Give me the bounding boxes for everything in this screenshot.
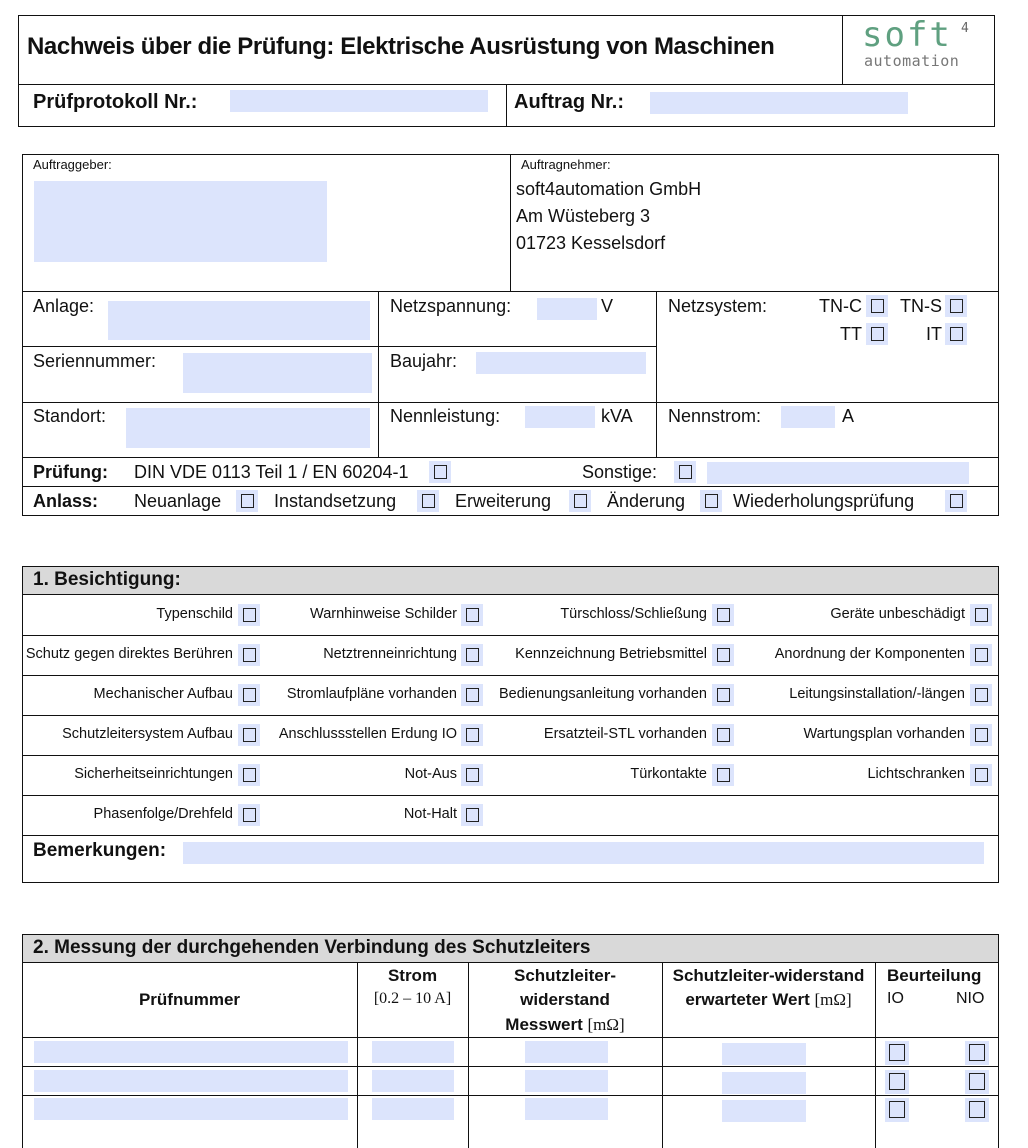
col-messwert-unit: [mΩ] (588, 1015, 625, 1034)
nio-checkbox[interactable] (965, 1041, 989, 1065)
auftrag-input[interactable] (650, 92, 908, 114)
besichtigung-item-label: Bedienungsanleitung vorhanden (499, 686, 707, 702)
nio-checkbox[interactable] (965, 1098, 989, 1122)
io-checkbox[interactable] (885, 1098, 909, 1122)
io-checkbox[interactable] (885, 1070, 909, 1094)
protokoll-label: Prüfprotokoll Nr.: (33, 91, 197, 114)
netzsystem-it-checkbox[interactable] (945, 323, 967, 345)
anlass-label: Anlass: (33, 491, 98, 512)
standort-label: Standort: (33, 406, 106, 427)
besichtigung-item-label: Mechanischer Aufbau (94, 686, 233, 702)
divider (22, 675, 999, 676)
divider (22, 1037, 999, 1038)
anlass-aenderung-checkbox[interactable] (700, 490, 722, 512)
netzsystem-it-label: IT (880, 324, 942, 345)
col-beurteilung: Beurteilung (887, 966, 981, 986)
col-erwartet-line2: erwarteter Wert [mΩ] (662, 990, 875, 1010)
nennleistung-input[interactable] (525, 406, 595, 428)
nennleistung-unit: kVA (601, 406, 633, 427)
col-messwert-line2: widerstand (468, 990, 662, 1010)
anlass-aenderung-label: Änderung (607, 491, 685, 512)
col-pruefnummer: Prüfnummer (22, 990, 357, 1010)
besichtigung-item-checkbox[interactable] (238, 604, 260, 626)
nennstrom-unit: A (842, 406, 854, 427)
divider (875, 962, 876, 1148)
auftrag-label: Auftrag Nr.: (514, 91, 624, 114)
netzsystem-tns-label: TN-S (880, 296, 942, 317)
col-strom-range: [0.2 – 10 A] (357, 990, 468, 1008)
besichtigung-item-label: Typenschild (156, 606, 233, 622)
anlass-instandsetzung-checkbox[interactable] (417, 490, 439, 512)
besichtigung-item-checkbox[interactable] (970, 724, 992, 746)
besichtigung-item-checkbox[interactable] (970, 644, 992, 666)
besichtigung-item-checkbox[interactable] (712, 684, 734, 706)
besichtigung-item-checkbox[interactable] (970, 684, 992, 706)
besichtigung-item-checkbox[interactable] (238, 684, 260, 706)
nennstrom-input[interactable] (781, 406, 835, 428)
divider (378, 291, 379, 458)
auftragnehmer-label: Auftragnehmer: (521, 157, 611, 172)
besichtigung-item-checkbox[interactable] (970, 764, 992, 786)
auftragnehmer-city: 01723 Kesselsdorf (516, 233, 665, 254)
netzsystem-tns-checkbox[interactable] (945, 295, 967, 317)
strom-input[interactable] (372, 1098, 454, 1120)
auftragnehmer-street: Am Wüsteberg 3 (516, 206, 650, 227)
col-messwert-line1: Schutzleiter- (468, 966, 662, 986)
divider (506, 84, 507, 127)
standort-input[interactable] (126, 408, 370, 448)
besichtigung-item-checkbox[interactable] (238, 804, 260, 826)
auftraggeber-label: Auftraggeber: (33, 157, 112, 172)
besichtigung-item-label: Türkontakte (630, 766, 707, 782)
besichtigung-item-checkbox[interactable] (712, 644, 734, 666)
besichtigung-item-label: Türschloss/Schließung (560, 606, 707, 622)
pruefung-norm-checkbox[interactable] (429, 461, 451, 483)
messwert-input[interactable] (525, 1070, 608, 1092)
anlage-input[interactable] (108, 301, 370, 340)
divider (22, 835, 999, 836)
divider (22, 755, 999, 756)
erwartet-input[interactable] (722, 1100, 806, 1122)
besichtigung-item-checkbox[interactable] (238, 724, 260, 746)
sonstige-label: Sonstige: (582, 462, 657, 483)
divider (22, 795, 999, 796)
besichtigung-item-checkbox[interactable] (461, 764, 483, 786)
besichtigung-item-checkbox[interactable] (461, 604, 483, 626)
divider (22, 486, 999, 487)
messwert-input[interactable] (525, 1041, 608, 1063)
strom-input[interactable] (372, 1070, 454, 1092)
besichtigung-item-checkbox[interactable] (238, 644, 260, 666)
page-title: Nachweis über die Prüfung: Elektrische A… (27, 33, 774, 61)
anlass-neuanlage-label: Neuanlage (134, 491, 221, 512)
anlass-wiederholung-label: Wiederholungsprüfung (733, 491, 914, 512)
besichtigung-item-checkbox[interactable] (970, 604, 992, 626)
divider (22, 291, 999, 292)
besichtigung-item-checkbox[interactable] (712, 724, 734, 746)
anlass-wiederholung-checkbox[interactable] (945, 490, 967, 512)
strom-input[interactable] (372, 1041, 454, 1063)
netzsystem-tnc-label: TN-C (800, 296, 862, 317)
besichtigung-item-label: Lichtschranken (867, 766, 965, 782)
besichtigung-item-checkbox[interactable] (461, 644, 483, 666)
col-erwartet-line1: Schutzleiter-widerstand (662, 966, 875, 986)
pruefnummer-input[interactable] (34, 1098, 348, 1120)
col-nio: NIO (956, 990, 984, 1008)
besichtigung-item-label: Anordnung der Komponenten (775, 646, 965, 662)
col-erwartet-unit: [mΩ] (814, 990, 851, 1009)
col-erwartet-label: erwarteter Wert (685, 990, 809, 1009)
netzspannung-unit: V (601, 296, 613, 317)
besichtigung-item-label: Sicherheitseinrichtungen (74, 766, 233, 782)
divider (22, 346, 657, 347)
nennleistung-label: Nennleistung: (390, 406, 500, 427)
besichtigung-item-label: Netztrenneinrichtung (323, 646, 457, 662)
bemerkungen-input[interactable] (183, 842, 984, 864)
pruefung-norm: DIN VDE 0113 Teil 1 / EN 60204-1 (134, 462, 408, 483)
divider (22, 715, 999, 716)
besichtigung-item-label: Anschlussstellen Erdung IO (279, 726, 457, 742)
besichtigung-item-label: Not-Aus (405, 766, 457, 782)
io-checkbox[interactable] (885, 1041, 909, 1065)
logo-superscript: 4 (961, 21, 969, 36)
besichtigung-item-checkbox[interactable] (461, 724, 483, 746)
besichtigung-item-label: Geräte unbeschädigt (830, 606, 965, 622)
besichtigung-item-checkbox[interactable] (238, 764, 260, 786)
netzsystem-label: Netzsystem: (668, 296, 767, 317)
pruefnummer-input[interactable] (34, 1070, 348, 1092)
besichtigung-item-checkbox[interactable] (461, 684, 483, 706)
divider (22, 1095, 999, 1096)
logo-automation-text: automation (864, 52, 959, 70)
divider (22, 457, 999, 458)
divider (22, 402, 999, 403)
erwartet-input[interactable] (722, 1072, 806, 1094)
besichtigung-item-label: Schutz gegen direktes Berühren (26, 646, 233, 662)
anlage-label: Anlage: (33, 296, 94, 317)
divider (656, 291, 657, 458)
anlass-erweiterung-label: Erweiterung (455, 491, 551, 512)
netzspannung-input[interactable] (537, 298, 597, 320)
col-io: IO (887, 990, 904, 1008)
col-messwert-line3: Messwert [mΩ] (468, 1015, 662, 1035)
netzspannung-label: Netzspannung: (390, 296, 511, 317)
besichtigung-item-label: Warnhinweise Schilder (310, 606, 457, 622)
col-strom-title: Strom (357, 966, 468, 986)
besichtigung-title: 1. Besichtigung: (33, 569, 181, 591)
pruefung-label: Prüfung: (33, 462, 108, 483)
besichtigung-item-label: Stromlaufpläne vorhanden (287, 686, 457, 702)
baujahr-label: Baujahr: (390, 351, 457, 372)
pruefnummer-input[interactable] (34, 1041, 348, 1063)
sonstige-checkbox[interactable] (674, 461, 696, 483)
protokoll-input[interactable] (230, 90, 488, 112)
divider (22, 635, 999, 636)
messwert-input[interactable] (525, 1098, 608, 1120)
col-messwert-label: Messwert (505, 1015, 582, 1034)
divider (22, 1066, 999, 1067)
auftragnehmer-name: soft4automation GmbH (516, 179, 701, 200)
messung-title: 2. Messung der durchgehenden Verbindung … (33, 937, 590, 959)
besichtigung-item-checkbox[interactable] (712, 604, 734, 626)
besichtigung-item-label: Kennzeichnung Betriebsmittel (515, 646, 707, 662)
baujahr-input[interactable] (476, 352, 646, 374)
erwartet-input[interactable] (722, 1043, 806, 1065)
besichtigung-item-label: Not-Halt (404, 806, 457, 822)
nio-checkbox[interactable] (965, 1070, 989, 1094)
seriennummer-input[interactable] (183, 353, 372, 393)
besichtigung-item-checkbox[interactable] (712, 764, 734, 786)
anlass-neuanlage-checkbox[interactable] (236, 490, 258, 512)
divider (510, 154, 511, 292)
besichtigung-item-label: Wartungsplan vorhanden (804, 726, 965, 742)
seriennummer-label: Seriennummer: (33, 351, 156, 372)
bemerkungen-label: Bemerkungen: (33, 840, 166, 862)
anlass-instandsetzung-label: Instandsetzung (274, 491, 396, 512)
besichtigung-item-checkbox[interactable] (461, 804, 483, 826)
besichtigung-item-label: Ersatzteil-STL vorhanden (544, 726, 707, 742)
sonstige-input[interactable] (707, 462, 969, 484)
divider (842, 15, 843, 85)
anlass-erweiterung-checkbox[interactable] (569, 490, 591, 512)
auftraggeber-input[interactable] (34, 181, 327, 262)
nennstrom-label: Nennstrom: (668, 406, 761, 427)
netzsystem-tt-label: TT (800, 324, 862, 345)
logo-soft-text: soft (862, 15, 952, 55)
besichtigung-item-label: Schutzleitersystem Aufbau (62, 726, 233, 742)
besichtigung-item-label: Phasenfolge/Drehfeld (94, 806, 233, 822)
besichtigung-item-label: Leitungsinstallation/-längen (789, 686, 965, 702)
